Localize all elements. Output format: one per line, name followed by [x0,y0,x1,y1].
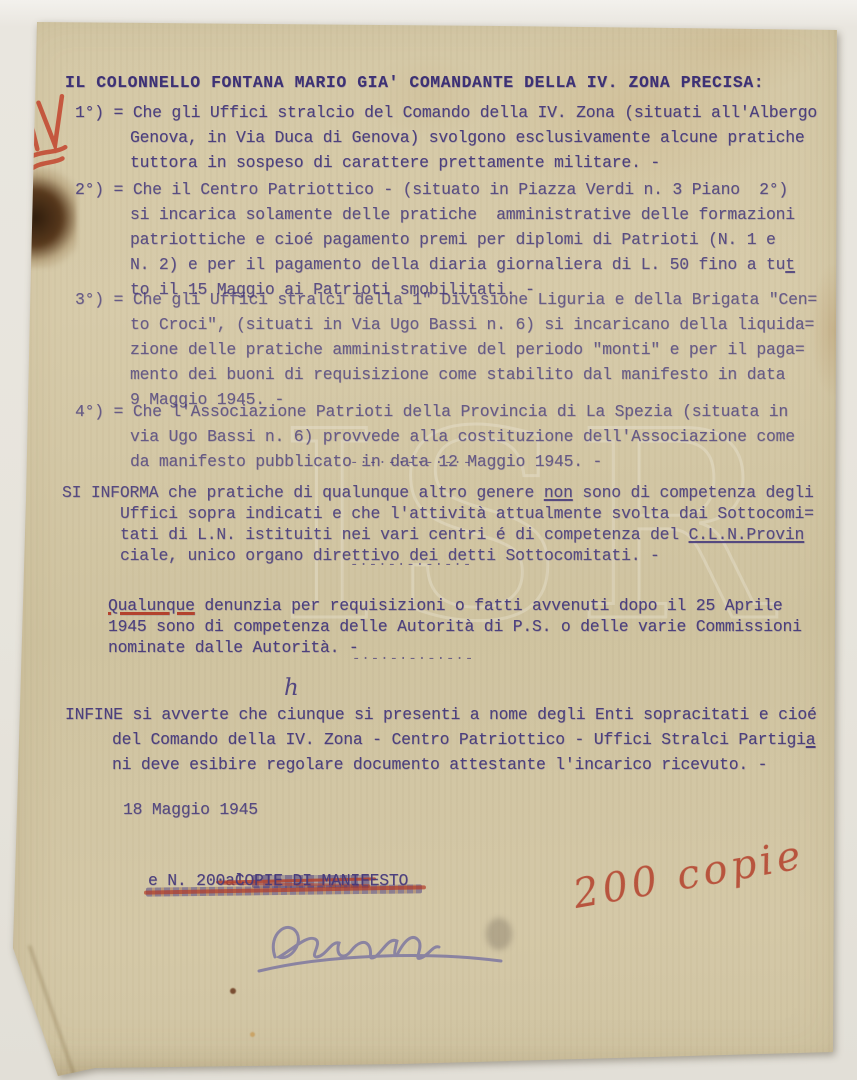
paper-sheet: ISR IL COLONNELLO FONTANA MARIO GIA' COM… [0,0,857,1080]
signature [245,905,515,990]
dashed-separator: -·-·-·-·-·-·- [350,557,472,573]
item-1: 1°) = Che gli Uffici stralcio del Comand… [75,100,857,175]
document-heading: IL COLONNELLO FONTANA MARIO GIA' COMANDA… [65,70,764,95]
dashed-separator: -·-·-·-·-·-·- [352,651,474,667]
item-3: 3°) = Che gli Uffici stralci della 1" Di… [75,287,857,412]
stain-dot [230,988,236,994]
item-2: 2°) = Che il Centro Patriottico - (situa… [75,177,857,302]
paper-scratch [15,198,22,224]
paper-shadow-wrap: ISR IL COLONNELLO FONTANA MARIO GIA' COM… [0,0,857,1080]
qualunque-paragraph: Qualunque denunzia per requisizioni o fa… [108,595,848,658]
si-informa-paragraph: SI INFORMA che pratiche di qualunque alt… [62,482,857,566]
corner-crease [28,945,76,1076]
ink-stain [0,168,77,268]
infine-paragraph: INFINE si avverte che ciunque si present… [65,702,857,777]
handwritten-h-insertion: h [284,675,299,701]
document-photo: ISR IL COLONNELLO FONTANA MARIO GIA' COM… [0,0,857,1080]
date-line: 18 Maggio 1945 [123,797,258,822]
red-margin-mark-IV [18,92,76,180]
dashed-separator: -·-·-·-·-·-·- [350,455,472,471]
red-handwritten-copies-note: 200 copie [570,832,808,918]
stain-dot [250,1032,255,1037]
